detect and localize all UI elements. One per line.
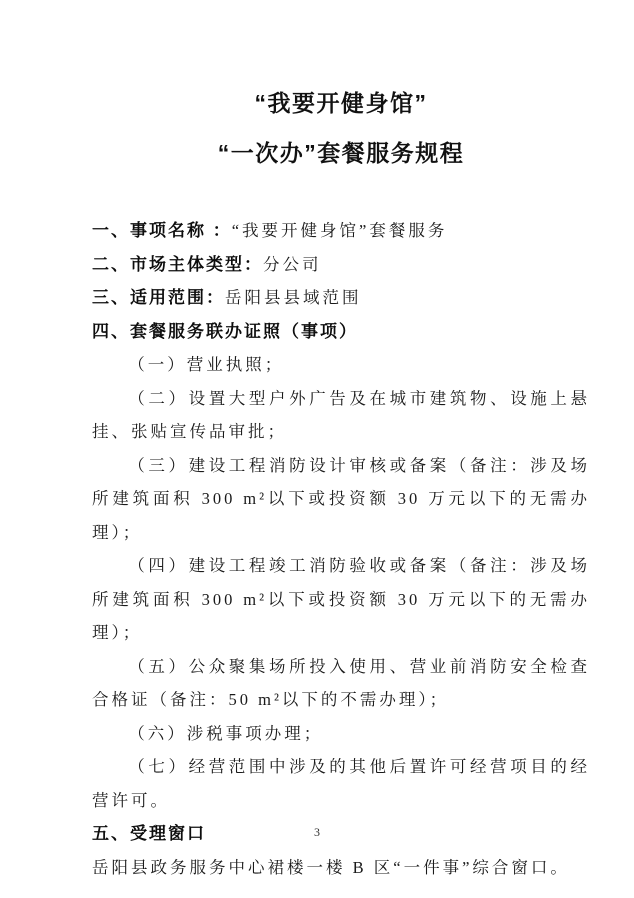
section-applicable-scope-value: 岳阳县县域范围 bbox=[225, 288, 362, 307]
section-item-name-value: “我要开健身馆”套餐服务 bbox=[232, 221, 448, 240]
list-item-fire-completion-acceptance: （四）建设工程竣工消防验收或备案（备注：涉及场所建筑面积 300 m²以下或投资… bbox=[92, 549, 590, 650]
document-page: “我要开健身馆” “一次办”套餐服务规程 一、事项名称 ：“我要开健身馆”套餐服… bbox=[0, 0, 634, 898]
section-item-name-label: 一、事项名称 ： bbox=[92, 221, 232, 240]
list-item-business-license: （一）营业执照； bbox=[92, 348, 590, 382]
section-joint-licenses-label: 四、套餐服务联办证照（事项） bbox=[92, 322, 358, 341]
document-title-line1: “我要开健身馆” bbox=[92, 0, 590, 118]
list-item-other-post-permits: （七）经营范围中涉及的其他后置许可经营项目的经营许可。 bbox=[92, 750, 590, 817]
list-item-public-gathering-fire-safety: （五）公众聚集场所投入使用、营业前消防安全检查合格证（备注：50 m²以下的不需… bbox=[92, 650, 590, 717]
section-market-entity-type-label: 二、市场主体类型： bbox=[92, 255, 263, 274]
section-joint-licenses: 四、套餐服务联办证照（事项） bbox=[92, 315, 590, 349]
section-applicable-scope: 三、适用范围：岳阳县县域范围 bbox=[92, 281, 590, 315]
section-market-entity-type-value: 分公司 bbox=[263, 255, 322, 274]
section-item-name: 一、事项名称 ：“我要开健身馆”套餐服务 bbox=[92, 214, 590, 248]
service-window-location: 岳阳县政务服务中心裙楼一楼 B 区“一件事”综合窗口。 bbox=[92, 851, 590, 885]
list-item-outdoor-ad-approval: （二）设置大型户外广告及在城市建筑物、设施上悬挂、张贴宣传品审批； bbox=[92, 382, 590, 449]
section-applicable-scope-label: 三、适用范围： bbox=[92, 288, 225, 307]
document-title-line2: “一次办”套餐服务规程 bbox=[92, 138, 590, 168]
list-item-fire-design-review: （三）建设工程消防设计审核或备案（备注：涉及场所建筑面积 300 m²以下或投资… bbox=[92, 449, 590, 550]
page-number: 3 bbox=[0, 825, 634, 840]
document-body: 一、事项名称 ：“我要开健身馆”套餐服务 二、市场主体类型：分公司 三、适用范围… bbox=[92, 214, 590, 884]
list-item-tax-matters: （六）涉税事项办理； bbox=[92, 717, 590, 751]
section-market-entity-type: 二、市场主体类型：分公司 bbox=[92, 248, 590, 282]
